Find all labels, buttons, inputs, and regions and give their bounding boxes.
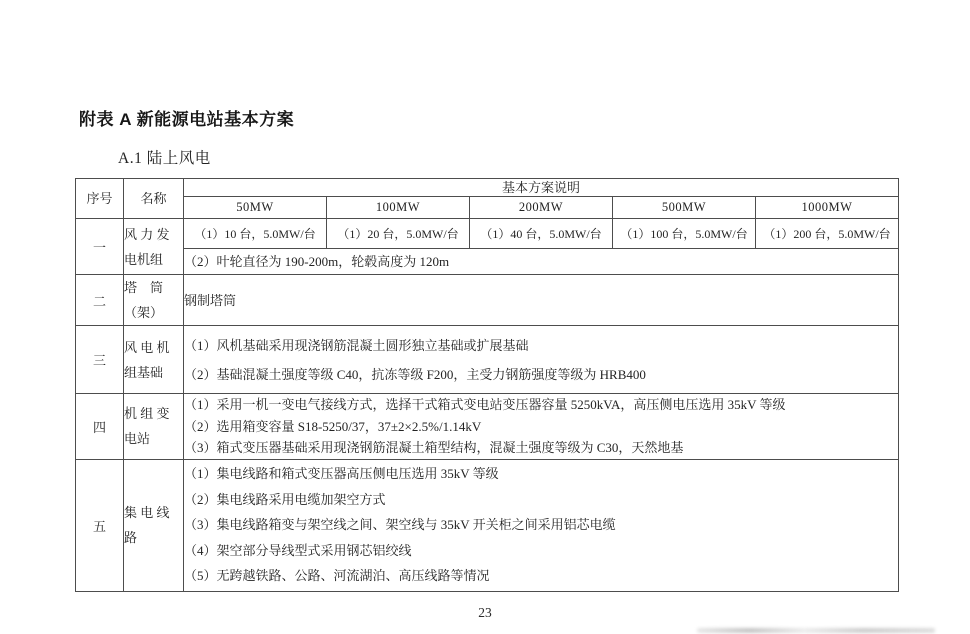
header-plan: 基本方案说明 xyxy=(184,179,899,197)
name-cell: 机 组 变 电站 xyxy=(124,394,184,460)
page-number: 23 xyxy=(0,605,970,621)
table-row-foundation: 三 风 电 机 组基础 （1）风机基础采用现浇钢筋混凝土圆形独立基础或扩展基础 … xyxy=(76,326,899,394)
plan-cell-500mw: （1）100 台，5.0MW/台 xyxy=(613,219,756,249)
plan-note-cell: （1）风机基础采用现浇钢筋混凝土圆形独立基础或扩展基础 （2）基础混凝土强度等级… xyxy=(184,326,899,394)
plan-note-cell: （1）集电线路和箱式变压器高压侧电压选用 35kV 等级 （2）集电线路采用电缆… xyxy=(184,459,899,591)
header-row-2: 50MW 100MW 200MW 500MW 1000MW xyxy=(76,197,899,219)
table-row-collector-line: 五 集 电 线 路 （1）集电线路和箱式变压器高压侧电压选用 35kV 等级 （… xyxy=(76,459,899,591)
capacity-header-100mw: 100MW xyxy=(327,197,470,219)
plan-cell-200mw: （1）40 台，5.0MW/台 xyxy=(470,219,613,249)
plan-note-cell: （2）叶轮直径为 190-200m，轮毂高度为 120m xyxy=(184,249,899,275)
header-name: 名称 xyxy=(124,179,184,219)
capacity-header-1000mw: 1000MW xyxy=(756,197,899,219)
table-row-wind-turbines-note: （2）叶轮直径为 190-200m，轮毂高度为 120m xyxy=(76,249,899,275)
serial-cell: 五 xyxy=(76,459,124,591)
serial-cell: 四 xyxy=(76,394,124,460)
serial-cell: 一 xyxy=(76,219,124,275)
name-cell: 风 电 机 组基础 xyxy=(124,326,184,394)
name-cell: 塔 筒 （架） xyxy=(124,275,184,326)
name-cell: 风 力 发 电机组 xyxy=(124,219,184,275)
serial-cell: 二 xyxy=(76,275,124,326)
plan-note-cell: 钢制塔筒 xyxy=(184,275,899,326)
table-row-tower: 二 塔 筒 （架） 钢制塔筒 xyxy=(76,275,899,326)
capacity-header-50mw: 50MW xyxy=(184,197,327,219)
document-title: 附表 A 新能源电站基本方案 xyxy=(79,105,294,130)
capacity-header-500mw: 500MW xyxy=(613,197,756,219)
scheme-table: 序号 名称 基本方案说明 50MW 100MW 200MW 500MW 1000… xyxy=(75,178,899,592)
header-row-1: 序号 名称 基本方案说明 xyxy=(76,179,899,197)
bottom-edge-artifact xyxy=(697,628,935,633)
plan-cell-1000mw: （1）200 台，5.0MW/台 xyxy=(756,219,899,249)
name-cell: 集 电 线 路 xyxy=(124,459,184,591)
table-row-unit-substation: 四 机 组 变 电站 （1）采用一机一变电气接线方式，选择干式箱式变电站变压器容… xyxy=(76,394,899,460)
plan-note-cell: （1）采用一机一变电气接线方式，选择干式箱式变电站变压器容量 5250kVA，高… xyxy=(184,394,899,460)
capacity-header-200mw: 200MW xyxy=(470,197,613,219)
table-row-wind-turbines: 一 风 力 发 电机组 （1）10 台，5.0MW/台 （1）20 台，5.0M… xyxy=(76,219,899,249)
plan-cell-50mw: （1）10 台，5.0MW/台 xyxy=(184,219,327,249)
document-page: 附表 A 新能源电站基本方案 A.1 陆上风电 序号 名称 基本方案说明 50M… xyxy=(0,0,970,634)
plan-cell-100mw: （1）20 台，5.0MW/台 xyxy=(327,219,470,249)
header-serial: 序号 xyxy=(76,179,124,219)
serial-cell: 三 xyxy=(76,326,124,394)
section-heading: A.1 陆上风电 xyxy=(118,146,211,168)
